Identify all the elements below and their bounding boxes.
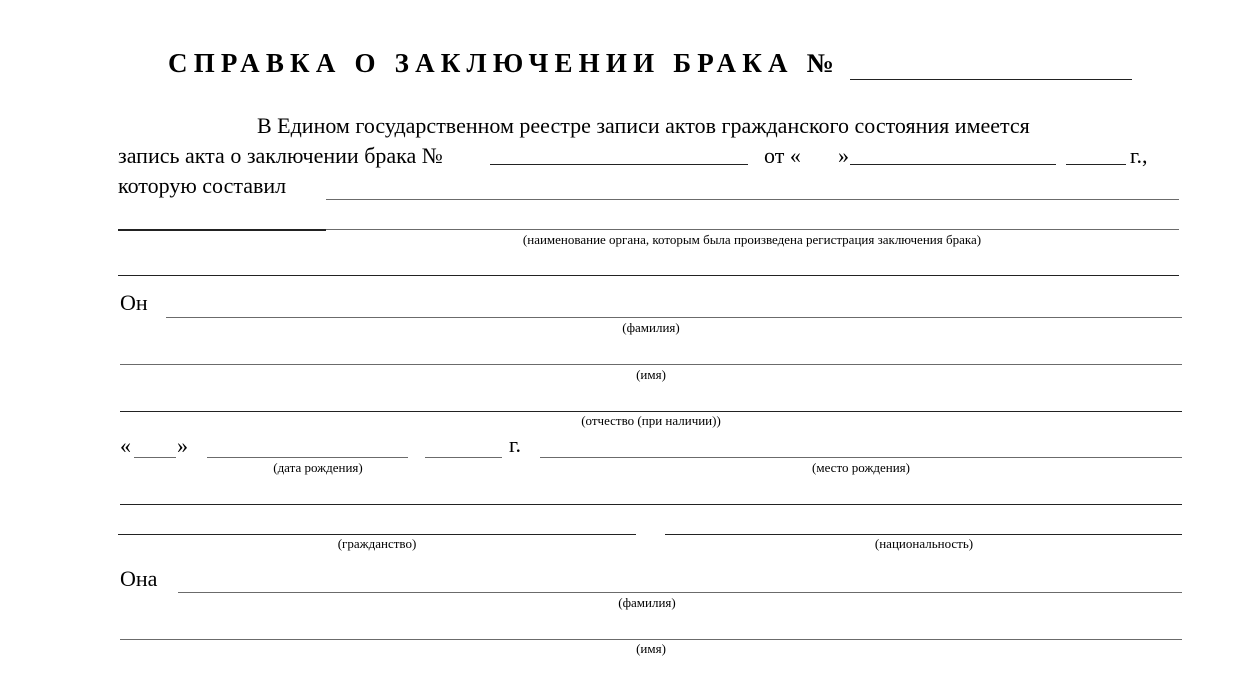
she-name-caption: (имя) [636,641,666,657]
he-name-line [120,364,1182,365]
she-label: Она [120,566,157,592]
record-number-label: запись акта о заключении брака № [118,143,443,169]
he-birth-place-caption: (место рождения) [812,460,910,476]
he-name-caption: (имя) [636,367,666,383]
he-birth-place-line-2 [120,504,1182,505]
he-birth-month-line [207,457,408,458]
he-birth-day-field[interactable] [134,435,176,457]
he-patronymic-caption: (отчество (при наличии)) [581,413,721,429]
she-surname-line [178,592,1182,593]
registry-body-line-3 [118,275,1179,276]
registry-body-line-1 [326,199,1179,200]
he-surname-caption: (фамилия) [622,320,679,336]
record-year-suffix: г., [1130,143,1148,169]
registry-body-caption: (наименование органа, которым была произ… [523,232,981,248]
registry-body-line-2a [118,229,326,231]
he-citizenship-line [118,534,636,535]
certificate-number-field[interactable] [850,55,1132,77]
record-date-close-quote: » [838,143,849,169]
registry-body-field[interactable] [326,177,1179,199]
he-birth-close-quote: » [177,433,188,459]
he-label: Он [120,290,148,316]
record-month-line [850,164,1056,165]
record-number-field[interactable] [490,142,748,164]
he-patronymic-line [120,411,1182,412]
record-year-line [1066,164,1126,165]
she-name-field[interactable] [120,617,1182,639]
intro-line-1: В Едином государственном реестре записи … [257,113,1030,139]
he-patronymic-field[interactable] [120,389,1182,411]
he-surname-field[interactable] [166,295,1182,317]
he-birth-month-field[interactable] [207,435,408,457]
she-surname-field[interactable] [178,570,1182,592]
he-nationality-line [665,534,1182,535]
she-surname-caption: (фамилия) [618,595,675,611]
he-birth-open-quote: « [120,433,131,459]
he-birth-date-caption: (дата рождения) [273,460,363,476]
he-citizenship-field[interactable] [118,512,636,534]
compiled-by-label: которую составил [118,173,286,199]
he-birth-day-line [134,457,176,458]
record-year-field[interactable] [1066,142,1126,164]
he-surname-line [166,317,1182,318]
record-month-field[interactable] [850,142,1056,164]
he-birth-year-suffix: г. [509,432,521,458]
he-birth-year-line [425,457,502,458]
she-name-line [120,639,1182,640]
certificate-number-line [850,79,1132,80]
registry-body-line-2b [326,229,1179,230]
he-birth-place-line [540,457,1182,458]
document-title: СПРАВКА О ЗАКЛЮЧЕНИИ БРАКА № [168,48,840,79]
he-birth-year-field[interactable] [425,435,502,457]
he-nationality-caption: (национальность) [875,536,973,552]
he-nationality-field[interactable] [665,512,1182,534]
record-day-field[interactable] [808,142,838,164]
he-citizenship-caption: (гражданство) [338,536,417,552]
record-number-line [490,164,748,165]
he-name-field[interactable] [120,342,1182,364]
he-birth-place-field[interactable] [540,435,1182,457]
record-date-from-label: от « [764,143,801,169]
